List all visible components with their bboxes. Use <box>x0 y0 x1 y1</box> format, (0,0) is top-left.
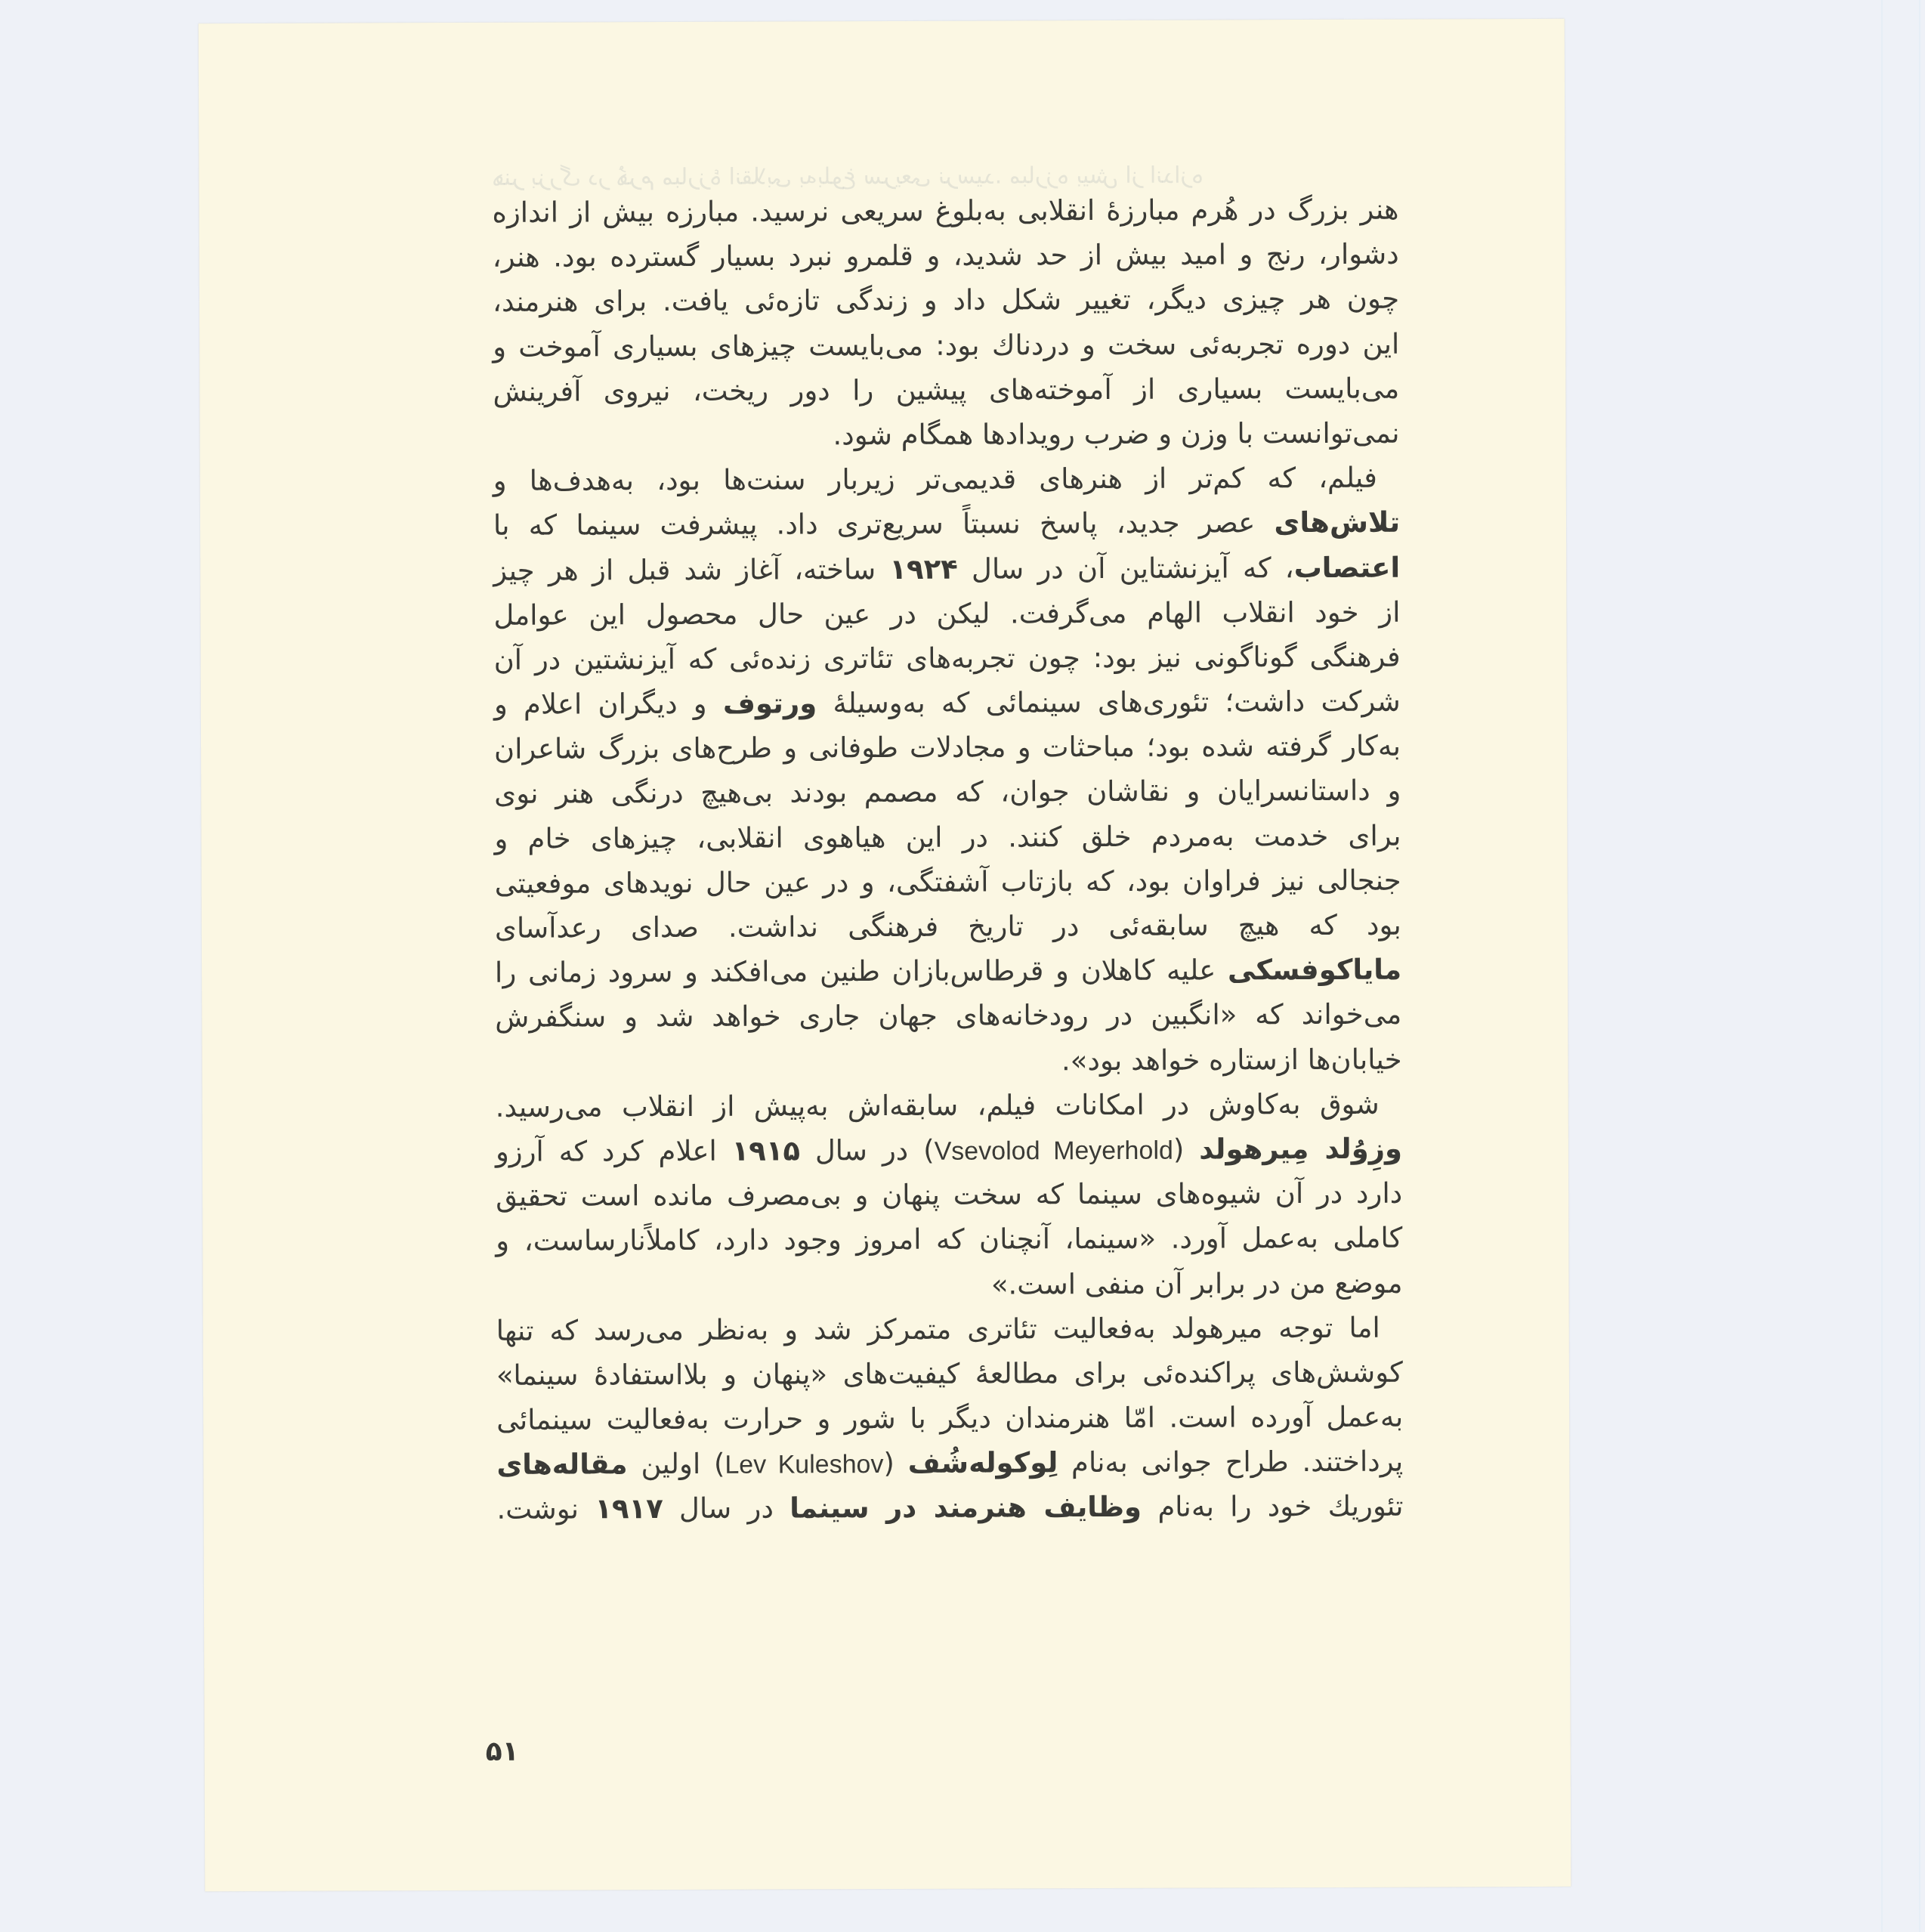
text-line: تئوریك خود را به‌نام وظایف هنرمند در سین… <box>496 1484 1403 1532</box>
text-line: پرداختند. طراح جوانی به‌نام لِوکوله‌شُف … <box>496 1439 1403 1487</box>
bold-term: ۱۹۱۷ <box>595 1492 663 1525</box>
bold-term: اعتصاب <box>1294 551 1401 583</box>
text-line: به‌عمل آورده است. امّا هنرمندان دیگر با … <box>496 1395 1403 1442</box>
paragraph-4: اما توجه میرهولد به‌فعالیت تئاتری متمرکز… <box>496 1305 1404 1532</box>
paragraph-2: فیلم، که کم‌تر از هنرهای قدیمی‌تر زیربار… <box>493 456 1402 1085</box>
text-line: هنر بزرگ در هُرم مبارزهٔ انقلابی به‌بلوغ… <box>492 187 1398 235</box>
bold-term: وظایف هنرمند در سینما <box>789 1491 1142 1525</box>
paragraph-3: شوق به‌کاوش در امکانات فیلم، سابقه‌اش به… <box>496 1081 1403 1308</box>
text-line: دشوار، رنج و امید بیش از حد شدید، و قلمر… <box>493 232 1399 280</box>
text-line: شرکت داشت؛ تئوری‌های سینمائی که به‌وسیله… <box>494 679 1401 727</box>
text-line: کاملی به‌عمل آورد. «سینما، آنچنان که امر… <box>496 1216 1402 1263</box>
bold-term: تلاش‌های <box>1274 506 1400 539</box>
bold-term: مقاله‌های <box>496 1448 627 1481</box>
text-line: دارد در آن شیوه‌های سینما که سخت پنهان و… <box>496 1171 1402 1219</box>
text-line: کوشش‌های پراکنده‌ئی برای مطالعهٔ کیفیت‌ه… <box>496 1349 1403 1397</box>
text-line: نمی‌توانست با وزن و ضرب رویدادها همگام ش… <box>493 411 1399 459</box>
bold-term: ۱۹۲۴ <box>889 552 957 585</box>
book-page: هنر بزرگ در هُرم مبارزهٔ انقلابی به‌بلوغ… <box>199 19 1571 1891</box>
text-line: به‌کار گرفته شده بود؛ مباحثات و مجادلات … <box>494 724 1401 771</box>
text-line: اما توجه میرهولد به‌فعالیت تئاتری متمرکز… <box>496 1305 1403 1352</box>
text-line: مایاکوفسکی علیه کاهلان و قرطاس‌بازان طنی… <box>495 947 1401 995</box>
text-line: می‌خواند که «انگبین در رودخانه‌های جهان … <box>495 992 1401 1040</box>
text-line: از خود انقلاب الهام می‌گرفت. لیکن در عین… <box>493 589 1400 637</box>
text-line: و داستانسرایان و نقاشان جوان، که مصمم بو… <box>494 768 1401 816</box>
bold-term: لِوکوله‌شُف <box>908 1446 1058 1479</box>
bold-term: مایاکوفسکی <box>1228 954 1401 987</box>
latin-name: Vsevolod Meyerhold <box>935 1136 1173 1166</box>
bold-term: وزِوُلد مِیرهولد <box>1199 1133 1402 1166</box>
scanner-edge-line <box>1881 0 1883 1932</box>
text-line: موضع من در برابر آن منفی است.» <box>496 1260 1402 1308</box>
body-text: هنر بزرگ در هُرم مبارزهٔ انقلابی به‌بلوغ… <box>492 187 1403 1532</box>
text-line: خیابان‌ها ازستاره خواهد بود». <box>495 1037 1401 1084</box>
text-line: فیلم، که کم‌تر از هنرهای قدیمی‌تر زیربار… <box>493 456 1400 503</box>
text-line: تلاش‌های عصر جدید، پاسخ نسبتاً سریع‌تری … <box>493 500 1400 548</box>
text-line: جنجالی نیز فراوان بود، که بازتاب آشفتگی،… <box>495 858 1401 905</box>
bold-term: ورتوف <box>723 687 817 719</box>
scanner-edge-line <box>1919 0 1920 1932</box>
text-line: برای خدمت به‌مردم خلق کنند. در این هیاهو… <box>494 813 1401 861</box>
text-line: بود که هیچ سابقه‌ئی در تاریخ فرهنگی نداش… <box>495 903 1401 951</box>
text-line: این دوره تجربه‌ئی سخت و دردناك بود: می‌ب… <box>493 321 1399 369</box>
text-line: وزِوُلد مِیرهولد (Vsevolod Meyerhold) در… <box>496 1127 1402 1174</box>
text-line: چون هر چیزی دیگر، تغییر شکل داد و زندگی … <box>493 277 1399 324</box>
bold-term: ۱۹۱۵ <box>732 1134 800 1167</box>
paragraph-1: هنر بزرگ در هُرم مبارزهٔ انقلابی به‌بلوغ… <box>492 187 1399 459</box>
text-line: اعتصاب، که آیزنشتاین آن در سال ۱۹۲۴ ساخت… <box>493 545 1400 592</box>
text-line: شوق به‌کاوش در امکانات فیلم، سابقه‌اش به… <box>496 1081 1402 1129</box>
text-line: می‌بایست بسیاری از آموخته‌های پیشین را د… <box>493 366 1399 413</box>
text-line: فرهنگی گوناگونی نیز بود: چون تجربه‌های ت… <box>494 634 1401 682</box>
latin-name: Lev Kuleshov <box>725 1450 883 1479</box>
page-number: ۵۱ <box>486 1736 519 1767</box>
